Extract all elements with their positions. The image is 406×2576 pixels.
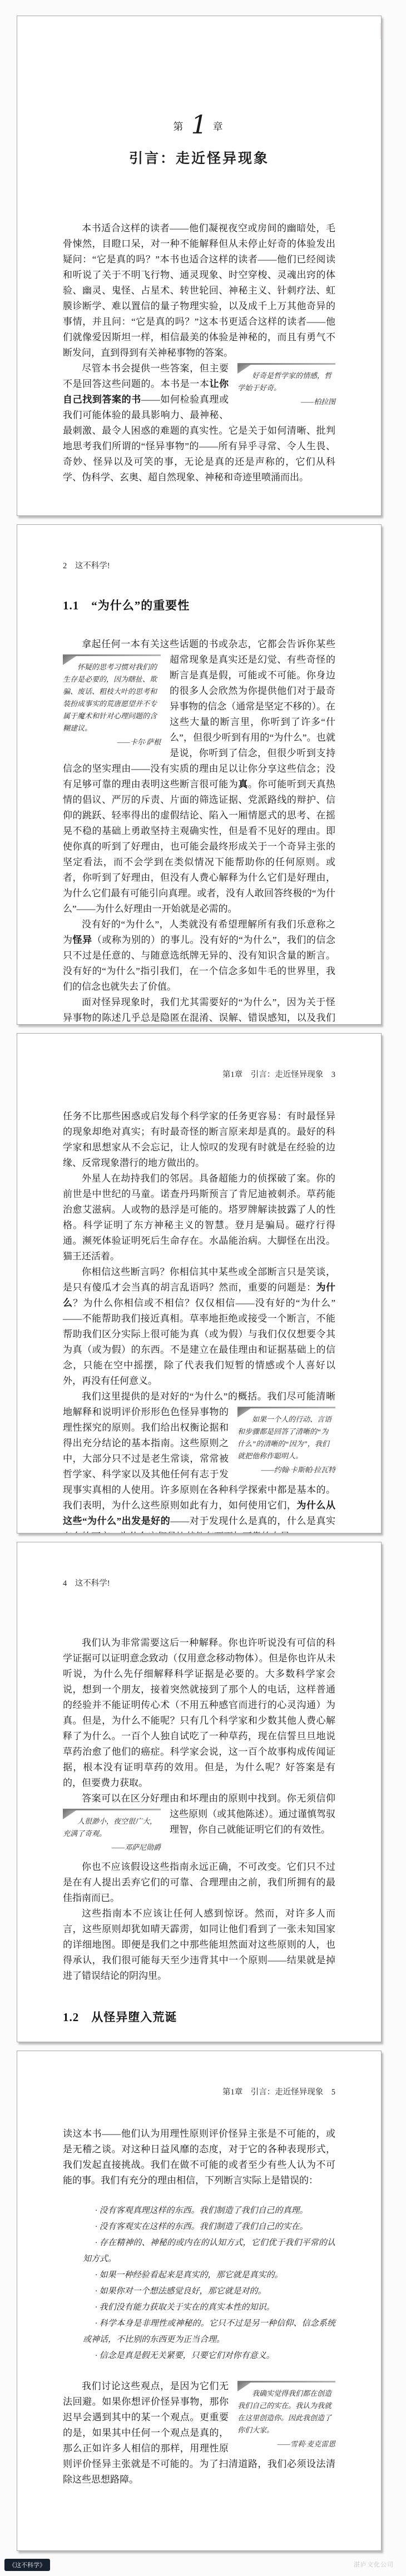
paragraph: 我们真诚地邀请所有那些确实认为阅读这本书是浪费时间的人来 xyxy=(63,2042,335,2042)
bullet-item: · 如果一种经验看起来是真实的，那它就是真实的。 xyxy=(63,2267,335,2284)
body-text: 面对怪异现象时，我们尤其需要好的“为什么”，因为关于怪异事物的陈述几乎总是隐匿在… xyxy=(63,997,335,1025)
chapter-number: 第1章 xyxy=(63,110,335,140)
quote-attribution: ——卡尔·萨根 xyxy=(63,736,161,748)
paragraph: 读这本书——他们认为用理性原则评价怪异主张是不可能的，或是无稽之谈。对这种日益风… xyxy=(63,2126,335,2188)
body-text: 外星人在劫持我们的邻居。具备超能力的侦探破了案。你的前世是中世纪的马童。诺查丹玛… xyxy=(63,1173,335,1262)
pull-quote-rule xyxy=(237,1407,335,1408)
paragraph: 本书适合这样的读者——他们凝视夜空或房间的幽暗处，毛骨悚然，目瞪口呆，对一种不能… xyxy=(63,221,335,361)
body-text: 尽管本书会提供一些答案，但主要不是回答这些问题的。本书是一本 xyxy=(63,363,229,389)
body-text: 。你可能听到天真热情的倡议、严厉的斥责、片面的筛选证据、党派路线的辩护、信仰的跳… xyxy=(63,779,335,914)
pull-quote-rule xyxy=(237,363,335,365)
paragraph: 任务不比那些困惑或启发每个科学家的任务更容易：有时最怪异的现象却绝对真实；有时最… xyxy=(63,1109,335,1171)
book-page: 第1章 引言：走近怪异现象 5读这本书——他们认为用理性原则评价怪异主张是不可能… xyxy=(17,2051,382,2551)
running-header: 第1章 引言：走近怪异现象 5 xyxy=(63,2086,335,2097)
body-text: 读这本书——他们认为用理性原则评价怪异主张是不可能的，或是无稽之谈。对这种日益风… xyxy=(63,2128,335,2186)
section-heading: 1.1 “为什么”的重要性 xyxy=(63,597,335,613)
body-text: 你相信这些断言吗？你相信其中某些或全部断言只是笑谈，是只有傻瓜才会当真的胡言乱语… xyxy=(63,1267,335,1293)
pull-quote: 我确实觉得我们都在创造我们自己的实在。我认为我就在这里创造你。因此我创造了你们大… xyxy=(237,2381,335,2450)
pull-quote: 好奇是哲学家的情感，哲学始于好奇。——柏拉图 xyxy=(237,363,335,408)
body-text: 原则（或其他陈述）。通过谨慎驾驭理智，你自己就能证明它们的有效性。 xyxy=(170,1809,335,1835)
faint-stamp-mark xyxy=(380,23,382,39)
bullet-item: · 如果你对一个想法感觉良好，那它就是对的。 xyxy=(63,2284,335,2300)
pull-quote-text: 人很渺小，夜空很广大，充满了奇观。 xyxy=(63,1815,161,1840)
body-text: ？为什么你相信或不相信？仅仅相信——没有好的“为什么”——不能帮助我们接近真相。… xyxy=(63,1298,335,1386)
paragraph: 我确实觉得我们都在创造我们自己的实在。我认为我就在这里创造你。因此我创造了你们大… xyxy=(63,2379,335,2488)
paragraph: 没有好的“为什么”，人类就没有希望理解所有我们乐意称之为怪异（或称为别的）的事儿… xyxy=(63,917,335,995)
paragraph: 外星人在劫持我们的邻居。具备超能力的侦探破了案。你的前世是中世纪的马童。诺查丹玛… xyxy=(63,1171,335,1264)
bullet-item: · 没有客观真理这样的东西。我们制造了我们自己的真理。 xyxy=(63,2203,335,2219)
book-page: 2 这不科学!1.1 “为什么”的重要性拿起任何一本有关这些话题的书或杂志，它都… xyxy=(17,524,382,1025)
running-header: 第1章 引言：走近怪异现象 3 xyxy=(63,1068,335,1080)
chapter-number-digit: 1 xyxy=(185,110,212,140)
bullet-item: · 没有客观实在这样的东西。我们制造了我们自己的实在。 xyxy=(63,2219,335,2235)
scanned-book-view: 第1章引言：走近怪异现象本书适合这样的读者——他们凝视夜空或房间的幽暗处，毛骨悚… xyxy=(0,0,406,2576)
pull-quote-text: 好奇是哲学家的情感，哲学始于好奇。 xyxy=(237,370,335,394)
pull-quote-rule xyxy=(63,654,161,656)
body-text: 任务不比那些困惑或启发每个科学家的任务更容易：有时最怪异的现象却绝对真实；有时最… xyxy=(63,1111,335,1168)
paragraph: 拿起任何一本有关这些话题的书或杂志，它都会告诉你某些超常怀疑的思考习惯对我们的生… xyxy=(63,637,335,917)
quote-attribution: ——雪莉·麦克雷恩 xyxy=(237,2438,335,2450)
paragraph: 好奇是哲学家的情感，哲学始于好奇。——柏拉图尽管本书会提供一些答案，但主要不是回… xyxy=(63,361,335,485)
body-text: 这些指南本不应该让任何人感到惊讶。然而，对许多人而言，这些原则却犹如晴天霹雳，如… xyxy=(63,1908,335,1981)
pull-quote: 怀疑的思考习惯对我们的生存是必要的，因为瞎扯、欺骗、废话、粗枝大叶的思考和装扮成… xyxy=(63,654,161,748)
bullet-item: · 存在精神的、神秘的或内在的认知方式，它们优于我们平常的认知方式。 xyxy=(63,2235,335,2267)
section-heading: 1.2 从怪异堕入荒诞 xyxy=(63,2008,335,2025)
emphasis-text: 怪异 xyxy=(73,935,92,945)
pull-quote: 如果一个人的行动、言语和步骤都是回答了清晰的“为什么”的清晰的“因为”，我们就把… xyxy=(237,1407,335,1476)
paragraph: 我们认为非常需要这后一种解释。你也许听说没有可信的科学证据可以证明意念致动（仅用… xyxy=(63,1635,335,1791)
book-page: 第1章 引言：走近怪异现象 3任务不比那些困惑或启发每个科学家的任务更容易：有时… xyxy=(17,1033,382,1533)
book-page: 4 这不科学!我们认为非常需要这后一种解释。你也许听说没有可信的科学证据可以证明… xyxy=(17,1542,382,2042)
pull-quote-text: 如果一个人的行动、言语和步骤都是回答了清晰的“为什么”的清晰的“因为”，我们就把… xyxy=(237,1413,335,1462)
chapter-suffix: 章 xyxy=(213,121,225,132)
running-header: 2 这不科学! xyxy=(63,559,335,571)
paragraph: 面对怪异现象时，我们尤其需要好的“为什么”，因为关于怪异事物的陈述几乎总是隐匿在… xyxy=(63,995,335,1025)
book-title-badge: 《这不科学》 xyxy=(4,2559,50,2571)
chapter-title: 引言：走近怪异现象 xyxy=(63,147,335,167)
body-text: 你也不应该假设这些指南永远正确，不可改变。它们只不过是在有人提出丢弃它们的可靠、… xyxy=(63,1862,335,1903)
pull-quote-text: 我确实觉得我们都在创造我们自己的实在。我认为我就在这里创造你。因此我创造了你们大… xyxy=(237,2388,335,2436)
paragraph: 答案可以在区分好理由和坏理由的原则中找到。你无须信仰这些人很渺小，夜空很广大，充… xyxy=(63,1791,335,1859)
bullet-list: · 没有客观真理这样的东西。我们制造了我们自己的真理。· 没有客观实在这样的东西… xyxy=(63,2203,335,2364)
quote-attribution: ——柏拉图 xyxy=(237,396,335,408)
quote-attribution: ——约翰·卡斯帕·拉瓦特 xyxy=(237,1464,335,1476)
quote-attribution: ——邓萨尼勋爵 xyxy=(63,1842,161,1854)
bullet-item: · 科学本身是非理性或神秘的。它只不过是另一种信仰、信念系统或神话，不比别的东西… xyxy=(63,2316,335,2348)
body-text: 我们认为非常需要这后一种解释。你也许听说没有可信的科学证据可以证明意念致动（仅用… xyxy=(63,1637,335,1788)
bullet-item: · 我们没有能力获取关于实在的真实本性的知识。 xyxy=(63,2300,335,2316)
paragraph: 你相信这些断言吗？你相信其中某些或全部断言只是笑谈，是只有傻瓜才会当真的胡言乱语… xyxy=(63,1264,335,1389)
page-stack: 第1章引言：走近怪异现象本书适合这样的读者——他们凝视夜空或房间的幽暗处，毛骨悚… xyxy=(17,16,382,2551)
body-text: （或称为别的）的事儿。没有好的“为什么”，我们的信念只不过是任意的、与随意选纸牌… xyxy=(63,935,335,992)
book-page: 第1章引言：走近怪异现象本书适合这样的读者——他们凝视夜空或房间的幽暗处，毛骨悚… xyxy=(17,16,382,516)
publisher-watermark: 湛庐文化公司 xyxy=(354,2560,394,2569)
chapter-prefix: 第 xyxy=(173,121,185,132)
pull-quote: 人很渺小，夜空很广大，充满了奇观。——邓萨尼勋爵 xyxy=(63,1809,161,1854)
pull-quote-rule xyxy=(63,1809,161,1810)
pull-quote-text: 怀疑的思考习惯对我们的生存是必要的，因为瞎扯、欺骗、废话、粗枝大叶的思考和装扮成… xyxy=(63,661,161,734)
paragraph: 这些指南本不应该让任何人感到惊讶。然而，对许多人而言，这些原则却犹如晴天霹雳，如… xyxy=(63,1906,335,1984)
body-text: 本书适合这样的读者——他们凝视夜空或房间的幽暗处，毛骨悚然，目瞪口呆，对一种不能… xyxy=(63,223,335,358)
bullet-item: · 信念是真是假无关紧要，只要它们对你有意义。 xyxy=(63,2348,335,2364)
emphasis-text: 真 xyxy=(238,779,248,790)
paragraph: 你也不应该假设这些指南永远正确，不可改变。它们只不过是在有人提出丢弃它们的可靠、… xyxy=(63,1859,335,1906)
running-header: 4 这不科学! xyxy=(63,1577,335,1589)
pull-quote-rule xyxy=(237,2381,335,2383)
paragraph: 我们这里提供的是对好的“为什么”的概括。我们尽可能清晰地如果一个人的行动、言语和… xyxy=(63,1389,335,1533)
